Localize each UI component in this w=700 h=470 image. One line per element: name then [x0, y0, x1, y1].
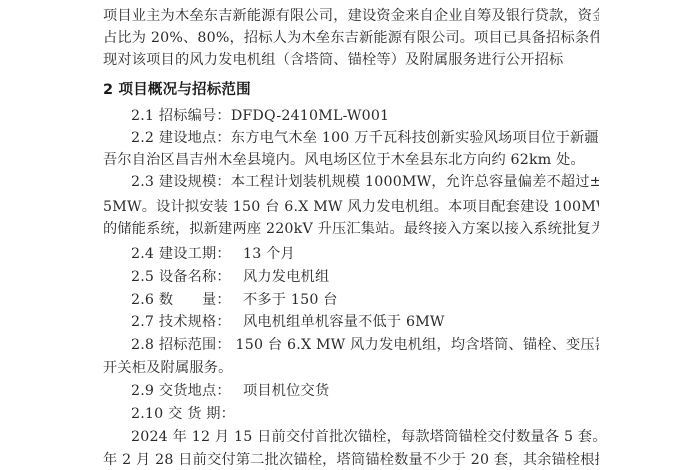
bid-number-value: DFDQ-2410ML-W001: [231, 106, 389, 126]
item-period: 2.4 建设工期：13 个月: [131, 244, 599, 264]
item-delivery-time-line-2: 年 2 月 28 日前交付第二批次锚栓，塔筒锚栓数量不少于 20 套，其余锚栓根…: [103, 450, 599, 470]
period-value: 13 个月: [243, 244, 295, 264]
quantity-label: 2.6 数 量：: [131, 290, 243, 310]
section-heading: 2 项目概况与招标范围: [103, 80, 599, 100]
equipment-label: 2.5 设备名称：: [131, 267, 243, 287]
intro-line-1: 项目业主为木垒东吉新能源有限公司，建设资金来自企业自筹及银行贷款，资金: [103, 6, 599, 26]
item-equipment: 2.5 设备名称：风力发电机组: [131, 267, 599, 287]
item-bid-number: 2.1 招标编号：DFDQ-2410ML-W001: [131, 106, 599, 126]
item-delivery-place: 2.9 交货地点：项目机位交货: [131, 381, 599, 401]
document-page: 项目业主为木垒东吉新能源有限公司，建设资金来自企业自筹及银行贷款，资金 占比为 …: [0, 0, 700, 470]
item-scale-line-1: 2.3 建设规模：本工程计划装机规模 1000MW，允许总容量偏差不超过±: [131, 172, 599, 192]
delivery-place-value: 项目机位交货: [243, 381, 329, 401]
item-delivery-time-line-1: 2024 年 12 月 15 日前交付首批次锚栓，每款塔筒锚栓交付数量各 5 套…: [131, 427, 599, 447]
item-spec: 2.7 技术规格：风电机组单机容量不低于 6MW: [131, 312, 599, 332]
item-location-line-2: 吾尔自治区昌吉州木垒县境内。风电场区位于木垒县东北方向约 62km 处。: [103, 150, 599, 170]
item-location-line-1: 2.2 建设地点：东方电气木垒 100 万千瓦科技创新实验风场项目位于新疆维: [131, 128, 599, 148]
bid-number-label: 2.1 招标编号：: [131, 106, 231, 126]
period-label: 2.4 建设工期：: [131, 244, 243, 264]
item-scale-line-3: 的储能系统，拟新建两座 220kV 升压汇集站。最终接入方案以接入系统批复为准。: [103, 219, 599, 239]
equipment-value: 风力发电机组: [243, 267, 329, 287]
spec-label: 2.7 技术规格：: [131, 312, 243, 332]
intro-line-3: 现对该项目的风力发电机组（含塔筒、锚栓等）及附属服务进行公开招标: [103, 50, 599, 70]
item-scope-line-2: 开关柜及附属服务。: [103, 358, 599, 378]
delivery-place-label: 2.9 交货地点：: [131, 381, 243, 401]
spec-value: 风电机组单机容量不低于 6MW: [243, 312, 445, 332]
item-scale-line-2: 5MW。设计拟安装 150 台 6.X MW 风力发电机组。本项目配套建设 10…: [103, 197, 599, 217]
item-quantity: 2.6 数 量：不多于 150 台: [131, 290, 599, 310]
item-delivery-time-label: 2.10 交 货 期：: [131, 404, 599, 424]
quantity-value: 不多于 150 台: [243, 290, 338, 310]
item-scope-line-1: 2.8 招标范围： 150 台 6.X MW 风力发电机组，均含塔筒、锚栓、变压…: [131, 335, 599, 355]
intro-line-2: 占比为 20%、80%，招标人为木垒东吉新能源有限公司。项目已具备招标条件，: [103, 28, 599, 48]
